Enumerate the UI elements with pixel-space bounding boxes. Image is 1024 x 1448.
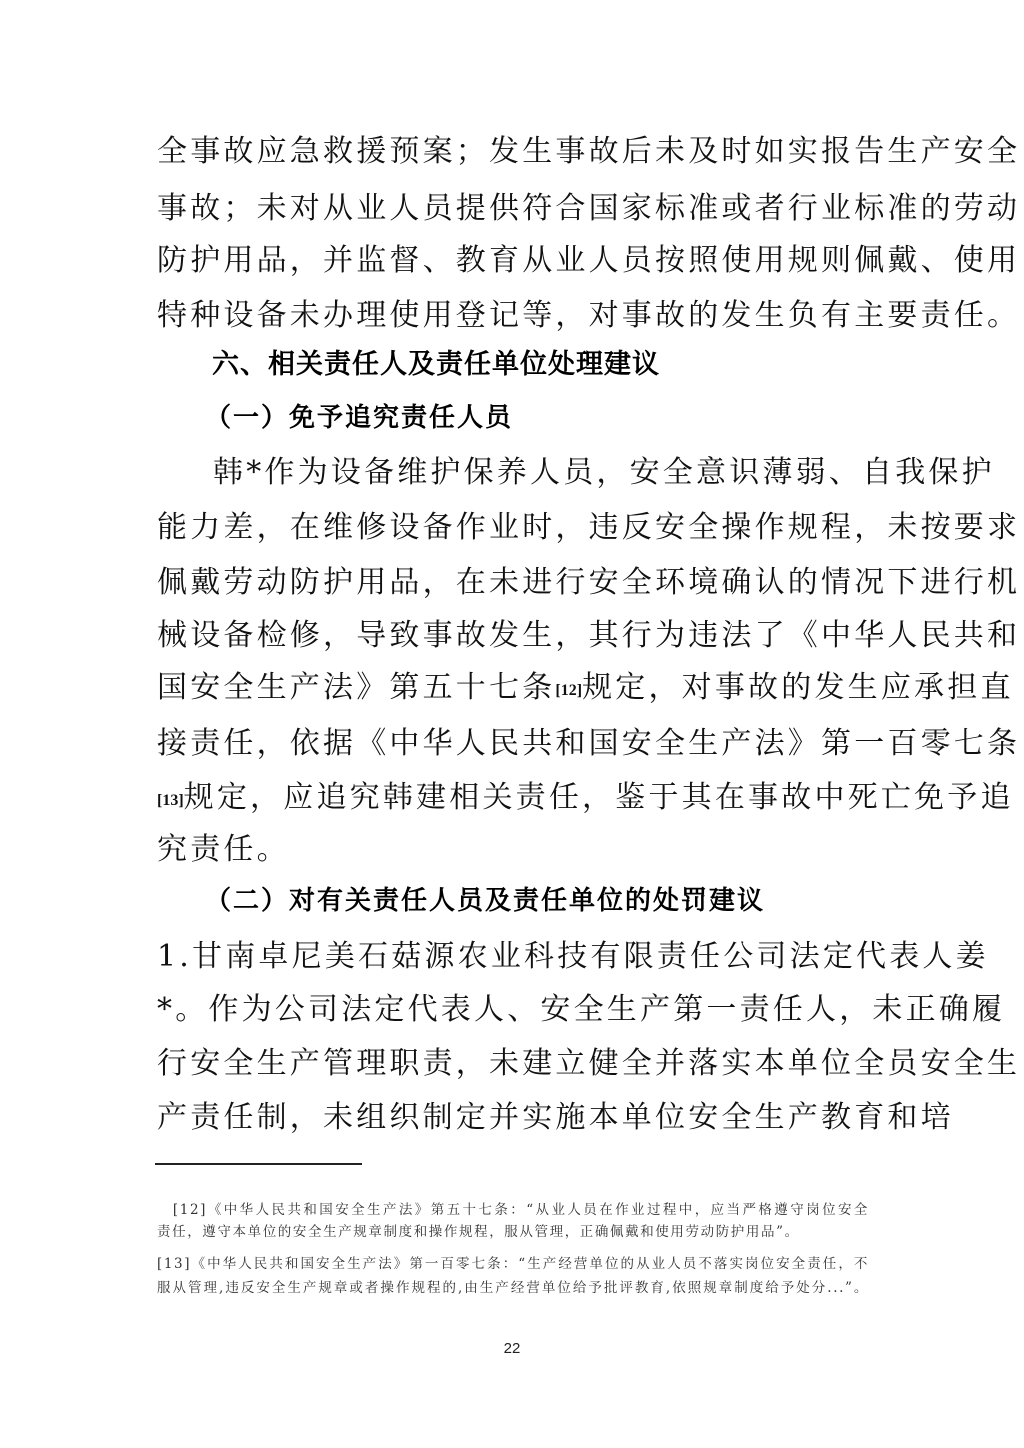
document-page: 全事故应急救援预案；发生事故后未及时如实报告生产安全 事故；未对从业人员提供符合… bbox=[0, 0, 1024, 1448]
paragraph-line: 接责任，依据《中华人民共和国安全生产法》第一百零七条 bbox=[157, 724, 869, 764]
paragraph-line: 行安全生产管理职责，未建立健全并落实本单位全员安全生 bbox=[157, 1044, 869, 1084]
paragraph-line: *。作为公司法定代表人、安全生产第一责任人，未正确履 bbox=[157, 990, 869, 1030]
paragraph-line: 韩*作为设备维护保养人员，安全意识薄弱、自我保护 bbox=[213, 453, 869, 493]
paragraph-line: 佩戴劳动防护用品，在未进行安全环境确认的情况下进行机 bbox=[157, 563, 869, 603]
footnote-12-line: 责任，遵守本单位的安全生产规章制度和操作规程，服从管理，正确佩戴和使用劳动防护用… bbox=[157, 1221, 869, 1243]
subsection-heading: （一）免予追究责任人员 bbox=[205, 400, 513, 436]
footnote-13-line: 服从管理,违反安全生产规章或者操作规程的,由生产经营单位给予批评教育,依照规章制… bbox=[157, 1277, 869, 1299]
page-number: 22 bbox=[0, 1340, 1024, 1357]
footnote-ref-12[interactable]: [12] bbox=[555, 682, 582, 699]
paragraph-line: 防护用品，并监督、教育从业人员按照使用规则佩戴、使用； bbox=[157, 241, 869, 281]
line-text: 规定，应追究韩建相关责任，鉴于其在事故中死亡免予追 bbox=[184, 780, 1014, 815]
footnote-12-line: [12]《中华人民共和国安全生产法》第五十七条：“从业人员在作业过程中，应当严格… bbox=[157, 1199, 869, 1221]
paragraph-line: 国安全生产法》第五十七条[12]规定，对事故的发生应承担直 bbox=[157, 668, 869, 711]
paragraph-line: 械设备检修，导致事故发生，其行为违法了《中华人民共和 bbox=[157, 616, 869, 656]
paragraph-line: 1.甘南卓尼美石菇源农业科技有限责任公司法定代表人姜 bbox=[157, 937, 869, 977]
line-text: 规定，对事故的发生应承担直 bbox=[582, 670, 1014, 705]
footnote-13-line: [13]《中华人民共和国安全生产法》第一百零七条：“生产经营单位的从业人员不落实… bbox=[157, 1253, 869, 1275]
footnote-separator bbox=[155, 1163, 362, 1165]
footnote-ref-13[interactable]: [13] bbox=[157, 792, 184, 809]
paragraph-line: 特种设备未办理使用登记等，对事故的发生负有主要责任。 bbox=[157, 296, 869, 336]
section-heading: 六、相关责任人及责任单位处理建议 bbox=[212, 347, 660, 383]
paragraph-line: 能力差，在维修设备作业时，违反安全操作规程，未按要求 bbox=[157, 508, 869, 548]
paragraph-line: 事故；未对从业人员提供符合国家标准或者行业标准的劳动 bbox=[157, 189, 869, 229]
paragraph-line: 究责任。 bbox=[157, 830, 869, 870]
paragraph-line: 产责任制，未组织制定并实施本单位安全生产教育和培 bbox=[157, 1098, 869, 1138]
paragraph-line: 全事故应急救援预案；发生事故后未及时如实报告生产安全 bbox=[157, 132, 869, 172]
paragraph-line: [13]规定，应追究韩建相关责任，鉴于其在事故中死亡免予追 bbox=[157, 778, 869, 821]
subsection-heading: （二）对有关责任人员及责任单位的处罚建议 bbox=[205, 883, 765, 919]
line-text: 国安全生产法》第五十七条 bbox=[157, 670, 555, 705]
